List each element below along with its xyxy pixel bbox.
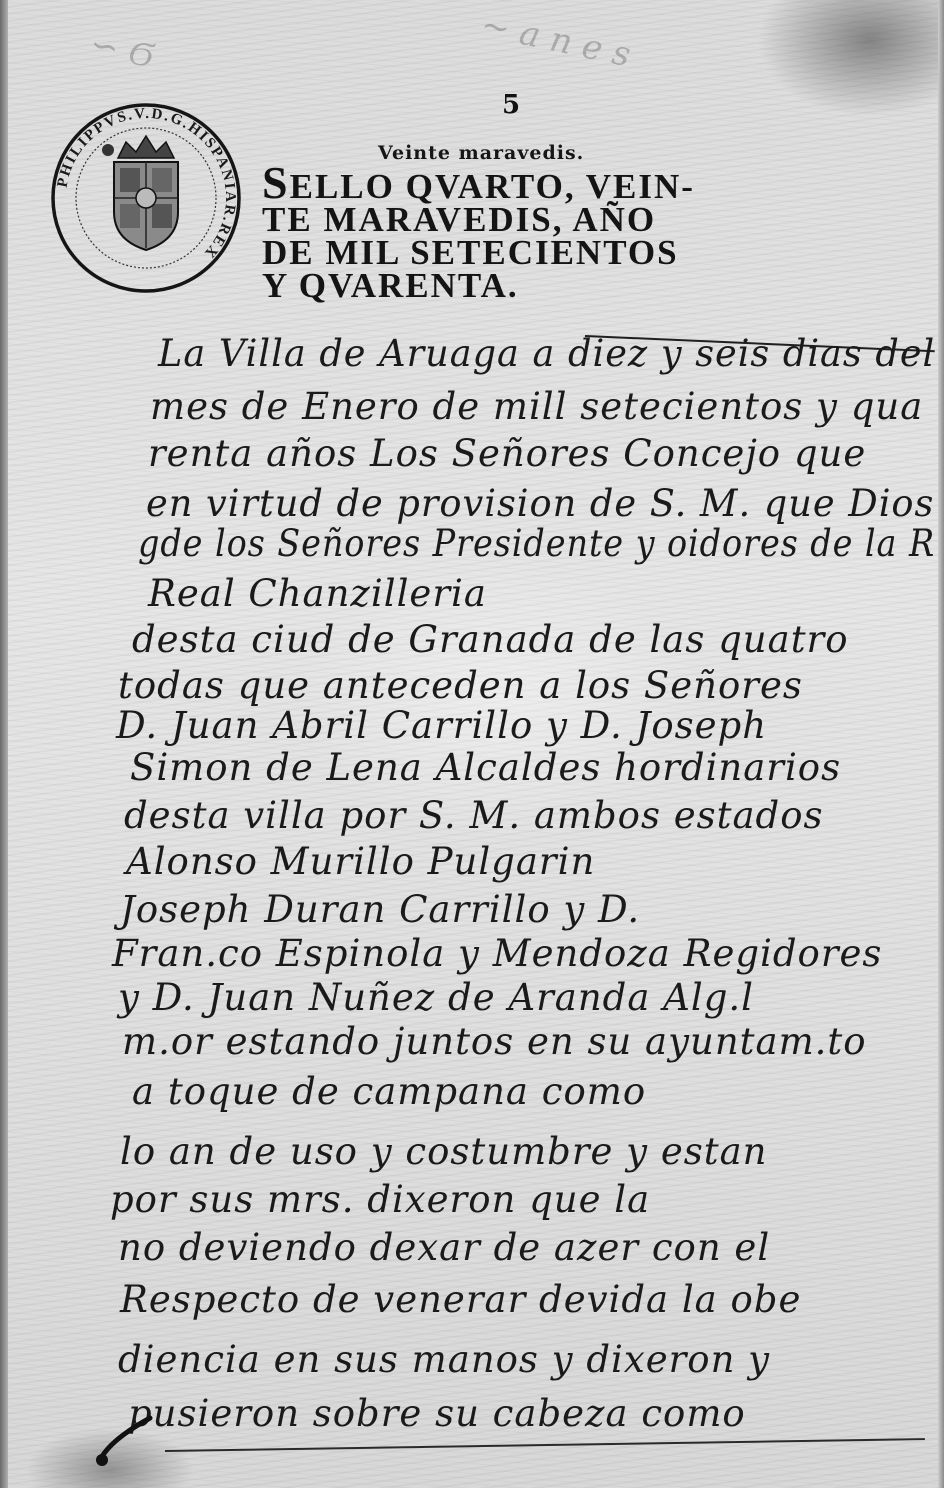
stamped-paper-header: SELLO QVARTO, VEIN- TE MARAVEDIS, AÑO DE…: [262, 166, 752, 302]
manuscript-line: m.or estando juntos en su ayuntam.to: [122, 1020, 867, 1063]
bleed-through-text: ~ a n e s: [477, 5, 633, 76]
manuscript-line: Alonso Murillo Pulgarin: [126, 840, 595, 883]
tax-value-line: Veinte maravedis.: [378, 142, 584, 164]
manuscript-line: Respecto de venerar devida la obe: [120, 1278, 801, 1321]
manuscript-line: mes de Enero de mill setecientos y qua: [150, 385, 923, 428]
folio-number: 5: [500, 88, 522, 122]
manuscript-line: por sus mrs. dixeron que la: [110, 1178, 650, 1221]
manuscript-line: diencia en sus manos y dixeron y: [118, 1338, 770, 1381]
manuscript-line: gde los Señores Presidente y oidores de …: [138, 522, 935, 565]
manuscript-line: desta ciud de Granada de las quatro: [132, 618, 849, 661]
stamp-header-line: DE MIL SETECIENTOS: [262, 236, 752, 269]
manuscript-line: a toque de campana como: [132, 1070, 646, 1113]
manuscript-page: ∽ Ϭ ~ a n e s 5 PHILIPPVS.V.D.G.HISPANIA…: [0, 0, 944, 1488]
stamp-header-line: SELLO QVARTO, VEIN-: [262, 166, 752, 203]
manuscript-line: todas que anteceden a los Señores: [118, 664, 803, 707]
page-left-edge: [0, 0, 8, 1488]
manuscript-line: La Villa de Aruaga a diez y seis dias de…: [158, 332, 935, 375]
manuscript-line: lo an de uso y costumbre y estan: [120, 1130, 768, 1173]
manuscript-line: renta años Los Señores Concejo que: [148, 432, 866, 475]
manuscript-line: no deviendo dexar de azer con el: [118, 1226, 770, 1269]
royal-seal: PHILIPPVS.V.D.G.HISPANIAR.REX: [48, 100, 244, 296]
manuscript-line: en virtud de provision de S. M. que Dios: [146, 482, 934, 525]
manuscript-line: Real Chanzilleria: [148, 572, 487, 615]
coat-of-arms-icon: PHILIPPVS.V.D.G.HISPANIAR.REX: [48, 100, 244, 296]
manuscript-line: desta villa por S. M. ambos estados: [124, 794, 823, 837]
stamp-header-line: Y QVARENTA.: [262, 269, 752, 302]
stamp-header-line: TE MARAVEDIS, AÑO: [262, 203, 752, 236]
manuscript-line: D. Juan Abril Carrillo y D. Joseph: [116, 704, 767, 747]
page-right-edge: [938, 0, 944, 1488]
manuscript-line: Fran.co Espinola y Mendoza Regidores: [112, 932, 882, 975]
closing-rule-line: [165, 1438, 925, 1452]
manuscript-line: y D. Juan Nuñez de Aranda Alg.l: [118, 976, 754, 1019]
manuscript-line: Joseph Duran Carrillo y D.: [120, 888, 640, 931]
manuscript-line: Simon de Lena Alcaldes hordinarios: [130, 746, 841, 789]
bleed-through-text: ∽ Ϭ: [87, 24, 157, 76]
manuscript-line: pusieron sobre su cabeza como: [128, 1392, 746, 1435]
ink-flourish-icon: [90, 1410, 170, 1470]
